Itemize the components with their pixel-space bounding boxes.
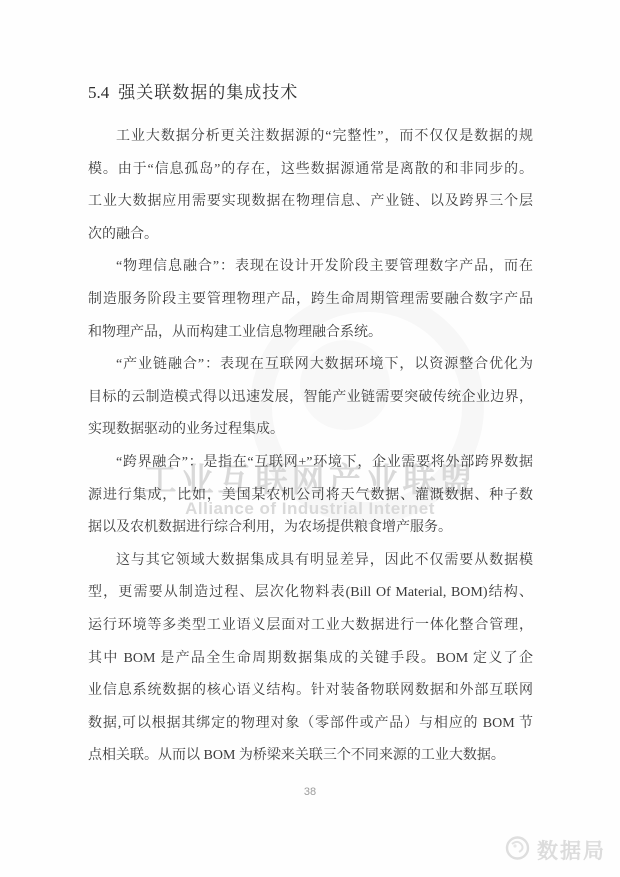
footer-brand: 数据局 bbox=[504, 834, 606, 866]
text-line: “跨界融合”：是指在“互联网+”环境下，企业需要将外部跨界数据 bbox=[88, 447, 533, 480]
section-title: 强关联数据的集成技术 bbox=[118, 83, 298, 102]
text-line: 源进行集成，比如，美国某农机公司将天气数据、灌溉数据、种子数 bbox=[88, 480, 533, 513]
text-line: “物理信息融合”：表现在设计开发阶段主要管理数字产品，而在 bbox=[88, 251, 533, 284]
text-line: 次的融合。 bbox=[88, 219, 533, 252]
swirl-logo-icon bbox=[504, 834, 531, 866]
text-line: 型，更需要从制造过程、层次化物料表(Bill Of Material, BOM)… bbox=[88, 577, 533, 610]
text-line: 制造服务阶段主要管理物理产品，跨生命周期管理需要融合数字产品 bbox=[88, 284, 533, 317]
text-line: 运行环境等多类型工业语义层面对工业大数据进行一体化整合管理， bbox=[88, 610, 533, 643]
text-line: 工业大数据分析更关注数据源的“完整性”，而不仅仅是数据的规 bbox=[88, 121, 533, 154]
text-line: 其中 BOM 是产品全生命周期数据集成的关键手段。BOM 定义了企 bbox=[88, 643, 533, 676]
text-line: 工业大数据应用需要实现数据在物理信息、产业链、以及跨界三个层 bbox=[88, 186, 533, 219]
section-number: 5.4 bbox=[88, 83, 109, 102]
document-page: 工业互联网产业联盟 Alliance of Industrial Interne… bbox=[0, 0, 620, 877]
text-line: 和物理产品，从而构建工业信息物理融合系统。 bbox=[88, 317, 533, 350]
text-line: 这与其它领域大数据集成具有明显差异，因此不仅需要从数据模 bbox=[88, 545, 533, 578]
body-text: 工业大数据分析更关注数据源的“完整性”，而不仅仅是数据的规模。由于“信息孤岛”的… bbox=[88, 121, 533, 773]
section-heading: 5.4强关联数据的集成技术 bbox=[88, 78, 298, 103]
text-line: 数据,可以根据其绑定的物理对象（零部件或产品）与相应的 BOM 节 bbox=[88, 708, 533, 741]
text-line: 据以及农机数据进行综合利用，为农场提供粮食增产服务。 bbox=[88, 512, 533, 545]
text-line: 目标的云制造模式得以迅速发展，智能产业链需要突破传统企业边界， bbox=[88, 382, 533, 415]
text-line: “产业链融合”：表现在互联网大数据环境下，以资源整合优化为 bbox=[88, 349, 533, 382]
text-line: 模。由于“信息孤岛”的存在，这些数据源通常是离散的和非同步的。 bbox=[88, 154, 533, 187]
text-line: 业信息系统数据的核心语义结构。针对装备物联网数据和外部互联网 bbox=[88, 675, 533, 708]
text-line: 实现数据驱动的业务过程集成。 bbox=[88, 414, 533, 447]
text-line: 点相关联。从而以 BOM 为桥梁来关联三个不同来源的工业大数据。 bbox=[88, 740, 533, 773]
page-number: 38 bbox=[0, 786, 620, 798]
footer-brand-label: 数据局 bbox=[537, 835, 606, 865]
